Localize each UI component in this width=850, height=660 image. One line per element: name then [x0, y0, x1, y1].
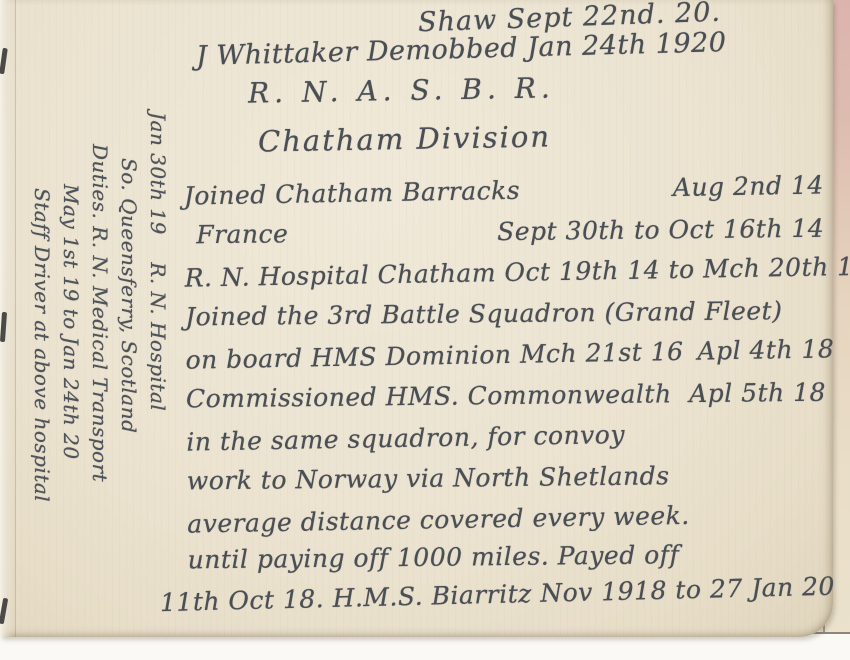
album-page: Shaw Sept 22nd. 20. J Whittaker Demobbed…	[0, 0, 833, 637]
rotated-margin-notes: Jan 30th 19 R. N. Hospital So. Queensfer…	[20, 100, 172, 648]
entry-date: Sept 30th to Oct 16th 14	[497, 214, 824, 246]
page-subtitle: Chatham Division	[258, 119, 552, 158]
margin-note-duties: Duties. R. N. Medical Transport	[85, 144, 114, 648]
scanned-album-page: Shaw Sept 22nd. 20. J Whittaker Demobbed…	[0, 0, 850, 660]
margin-note-role: Staff Driver at above hospital	[27, 188, 56, 648]
gutter-crease	[15, 0, 16, 637]
entry-text: France	[184, 219, 288, 249]
annotation-demobbed: J Whittaker Demobbed Jan 24th 1920	[196, 27, 727, 72]
entry-text: in the same squadron, for convoy	[186, 420, 625, 457]
margin-note-dates: May 1st 19 to Jan 24th 20	[56, 184, 85, 648]
margin-note-location: So. Queensferry, Scotland	[114, 158, 143, 648]
service-entries: Joined Chatham Barracks Aug 2nd 14 Franc…	[184, 173, 829, 625]
entry-text: Joined Chatham Barracks	[184, 176, 521, 211]
entry-date: Aug 2nd 14	[673, 170, 824, 202]
page-title: R. N. A. S. B. R.	[248, 71, 555, 109]
entry-date: Apl 4th 18	[697, 334, 834, 365]
entry-date: Apl 5th 18	[689, 378, 826, 408]
margin-note-hospital: Jan 30th 19 R. N. Hospital	[143, 112, 172, 648]
